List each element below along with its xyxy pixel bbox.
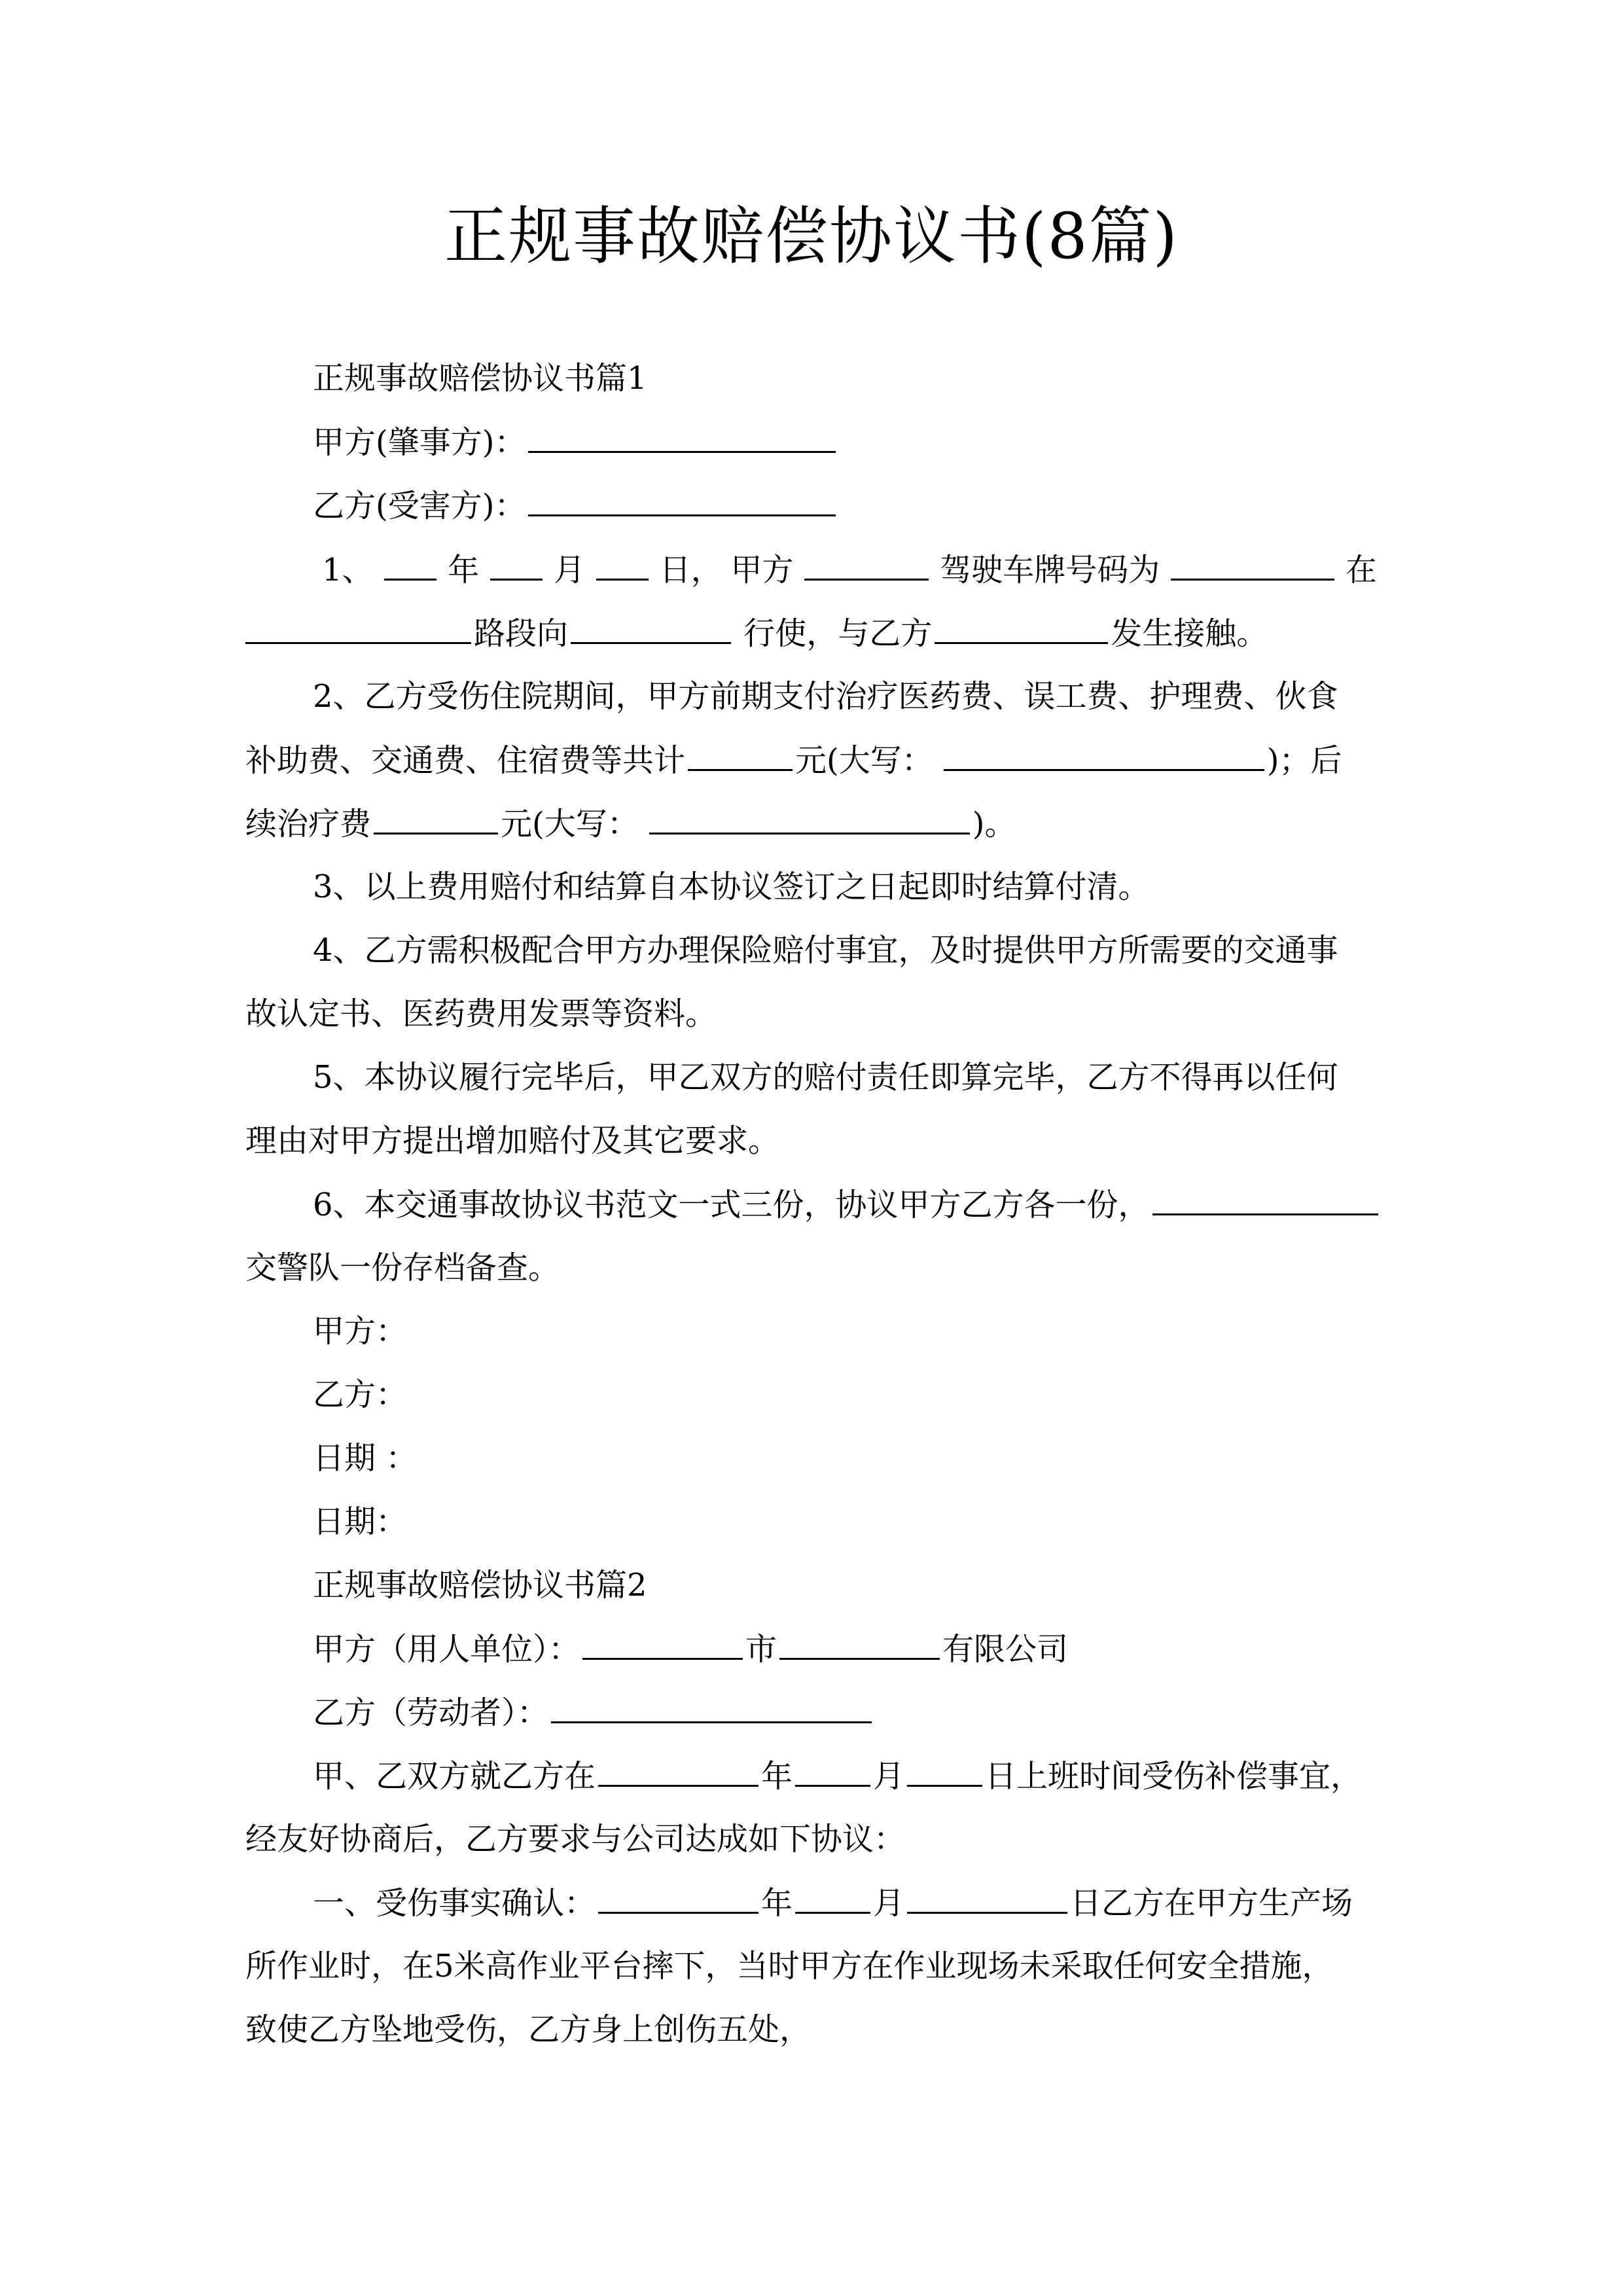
document-title: 正规事故赔偿协议书(8篇) bbox=[0, 194, 1623, 279]
party-a-line: 甲方(肇事方)： bbox=[313, 422, 1445, 461]
year-label: 年 bbox=[761, 1758, 793, 1795]
clause-2-text-2c: )；后 bbox=[1267, 742, 1342, 779]
signature-date-2: 日期： bbox=[313, 1502, 1445, 1541]
clause-6-text-2: 交警队一份存档备查。 bbox=[245, 1249, 560, 1286]
clause-4-text-1: 4、乙方需积极配合甲方办理保险赔付事宜，及时提供甲方所需要的交通事 bbox=[313, 932, 1338, 969]
party-a-blank bbox=[528, 422, 836, 453]
month-label: 月 bbox=[554, 550, 585, 590]
driver-blank bbox=[804, 550, 929, 581]
followup-amount-blank bbox=[374, 804, 498, 834]
clause-5-line-1: 5、本协议履行完毕后，甲乙双方的赔付责任即算完毕，乙方不得再以任何 bbox=[313, 1058, 1445, 1097]
clause-3: 3、以上费用赔付和结算自本协议签订之日起即时结算付清。 bbox=[313, 867, 1445, 906]
clause-2-text-2a: 补助费、交通费、住宿费等共计 bbox=[245, 742, 685, 779]
worker-name-blank bbox=[551, 1693, 872, 1723]
employer-company-blank bbox=[779, 1629, 940, 1660]
worker-label: 乙方（劳动者）： bbox=[313, 1695, 548, 1731]
intro-text-1a: 甲、乙双方就乙方在 bbox=[313, 1758, 596, 1795]
clause-2-text-3c: )。 bbox=[972, 806, 1016, 842]
at-text: 在 bbox=[1346, 550, 1377, 590]
clause-6-text-1: 6、本交通事故协议书范文一式三份，协议甲方乙方各一份， bbox=[313, 1187, 1150, 1223]
fact-month-blank bbox=[795, 1883, 870, 1914]
signature-party-b-label: 乙方： bbox=[313, 1376, 407, 1413]
driving-with-b-text: 行使，与乙方 bbox=[743, 615, 932, 652]
clause-6-line-1: 6、本交通事故协议书范文一式三份，协议甲方乙方各一份， bbox=[313, 1185, 1445, 1224]
clause-2-text-3b: 元(大写： bbox=[501, 806, 639, 842]
day-blank bbox=[596, 550, 649, 581]
clause-2-text-2b: 元(大写： bbox=[795, 742, 933, 779]
year-label: 年 bbox=[761, 1885, 793, 1922]
clause-4-line-2: 故认定书、医药费用发票等资料。 bbox=[245, 994, 1378, 1033]
injury-day-blank bbox=[907, 1756, 982, 1787]
month-label: 月 bbox=[873, 1758, 904, 1795]
injury-year-blank bbox=[598, 1756, 758, 1787]
party-a-text: 甲方 bbox=[731, 550, 794, 590]
year-label: 年 bbox=[448, 550, 479, 590]
section-2-heading: 正规事故赔偿协议书篇2 bbox=[313, 1566, 1445, 1605]
party-b-label: 乙方(受害方)： bbox=[313, 488, 526, 524]
total-amount-words-blank bbox=[944, 740, 1264, 771]
clause-4-line-1: 4、乙方需积极配合甲方办理保险赔付事宜，及时提供甲方所需要的交通事 bbox=[313, 931, 1445, 970]
party-a-label: 甲方(肇事方)： bbox=[313, 424, 526, 461]
signature-party-b: 乙方： bbox=[313, 1375, 1445, 1414]
clause-2-line-2: 补助费、交通费、住宿费等共计元(大写：)；后 bbox=[245, 740, 1378, 780]
item-1-text-1a: 一、受伤事实确认： bbox=[313, 1885, 596, 1922]
section-1-heading: 正规事故赔偿协议书篇1 bbox=[313, 359, 1445, 398]
drive-plate-text: 驾驶车牌号码为 bbox=[940, 550, 1160, 590]
document-page: 正规事故赔偿协议书(8篇) 正规事故赔偿协议书篇1 甲方(肇事方)： 乙方(受害… bbox=[0, 0, 1623, 2296]
signature-date-2-label: 日期： bbox=[313, 1503, 407, 1540]
intro-line-2: 经友好协商后，乙方要求与公司达成如下协议： bbox=[245, 1820, 1378, 1859]
signature-date-1-label: 日期 ： bbox=[313, 1440, 417, 1477]
fact-day-blank bbox=[907, 1883, 1067, 1914]
signature-party-a-label: 甲方： bbox=[313, 1313, 407, 1350]
item-1-text-1d: 日乙方在甲方生产场 bbox=[1070, 1885, 1353, 1922]
item-1-text-3: 致使乙方坠地受伤，乙方身上创伤五处， bbox=[245, 2011, 811, 2048]
intro-text-2: 经友好协商后，乙方要求与公司达成如下协议： bbox=[245, 1821, 905, 1857]
clause-2-line-1: 2、乙方受伤住院期间，甲方前期支付治疗医药费、误工费、护理费、伙食 bbox=[313, 677, 1377, 716]
clause-2-text-1: 2、乙方受伤住院期间，甲方前期支付治疗医药费、误工费、护理费、伙食 bbox=[313, 678, 1338, 715]
clause-5-text-1: 5、本协议履行完毕后，甲乙双方的赔付责任即算完毕，乙方不得再以任何 bbox=[313, 1059, 1338, 1096]
clause-1-prefix: 1、 bbox=[322, 550, 374, 590]
clause-2-text-3a: 续治疗费 bbox=[245, 806, 371, 842]
clause-6-line-2: 交警队一份存档备查。 bbox=[245, 1248, 1378, 1287]
employer-line: 甲方（用人单位）：市有限公司 bbox=[313, 1629, 1445, 1668]
clause-1-line-2: 路段向 行使，与乙方发生接触。 bbox=[245, 613, 1378, 653]
signature-party-a: 甲方： bbox=[313, 1312, 1445, 1351]
month-blank bbox=[490, 550, 543, 581]
intro-line-1: 甲、乙双方就乙方在年月日上班时间受伤补偿事宜， bbox=[313, 1756, 1445, 1795]
section-heading-text: 正规事故赔偿协议书篇2 bbox=[313, 1567, 647, 1604]
item-1-text-2: 所作业时，在5米高作业平台摔下，当时甲方在作业现场未采取任何安全措施， bbox=[245, 1948, 1334, 1984]
clause-5-text-2: 理由对甲方提出增加赔付及其它要求。 bbox=[245, 1122, 779, 1159]
day-label: 日， bbox=[660, 550, 722, 590]
party-b-name-blank bbox=[935, 613, 1108, 644]
followup-amount-words-blank bbox=[649, 804, 970, 834]
section-heading-text: 正规事故赔偿协议书篇1 bbox=[313, 360, 647, 397]
clause-4-text-2: 故认定书、医药费用发票等资料。 bbox=[245, 996, 717, 1032]
clause-3-text: 3、以上费用赔付和结算自本协议签订之日起即时结算付清。 bbox=[313, 869, 1150, 905]
party-b-line: 乙方(受害方)： bbox=[313, 486, 1445, 525]
clause-2-line-3: 续治疗费元(大写：)。 bbox=[245, 804, 1378, 843]
employer-city-blank bbox=[582, 1629, 743, 1660]
month-label: 月 bbox=[873, 1885, 904, 1922]
year-blank bbox=[384, 550, 437, 581]
clause-5-line-2: 理由对甲方提出增加赔付及其它要求。 bbox=[245, 1121, 1378, 1160]
party-b-blank bbox=[528, 486, 836, 516]
intro-text-1d: 日上班时间受伤补偿事宜， bbox=[985, 1758, 1362, 1795]
contact-text: 发生接触。 bbox=[1111, 615, 1268, 652]
copy-holder-blank bbox=[1152, 1185, 1378, 1215]
plate-blank bbox=[1171, 550, 1334, 581]
fact-year-blank bbox=[598, 1883, 758, 1914]
road-direction-text: 路段向 bbox=[474, 615, 568, 652]
employer-label: 甲方（用人单位）： bbox=[313, 1631, 580, 1668]
city-label: 市 bbox=[745, 1631, 777, 1668]
company-label: 有限公司 bbox=[942, 1631, 1068, 1668]
injury-month-blank bbox=[795, 1756, 870, 1787]
item-1-line-2: 所作业时，在5米高作业平台摔下，当时甲方在作业现场未采取任何安全措施， bbox=[245, 1946, 1378, 1986]
item-1-line-3: 致使乙方坠地受伤，乙方身上创伤五处， bbox=[245, 2010, 1378, 2049]
road-blank bbox=[245, 613, 471, 644]
signature-date-1: 日期 ： bbox=[313, 1439, 1445, 1478]
clause-1-line-1: 1、 年 月 日， 甲方 驾驶车牌号码为 在 bbox=[322, 550, 1377, 589]
item-1-line-1: 一、受伤事实确认：年月日乙方在甲方生产场 bbox=[313, 1883, 1445, 1922]
worker-line: 乙方（劳动者）： bbox=[313, 1693, 1445, 1732]
total-amount-blank bbox=[688, 740, 793, 771]
direction-blank bbox=[571, 613, 731, 644]
